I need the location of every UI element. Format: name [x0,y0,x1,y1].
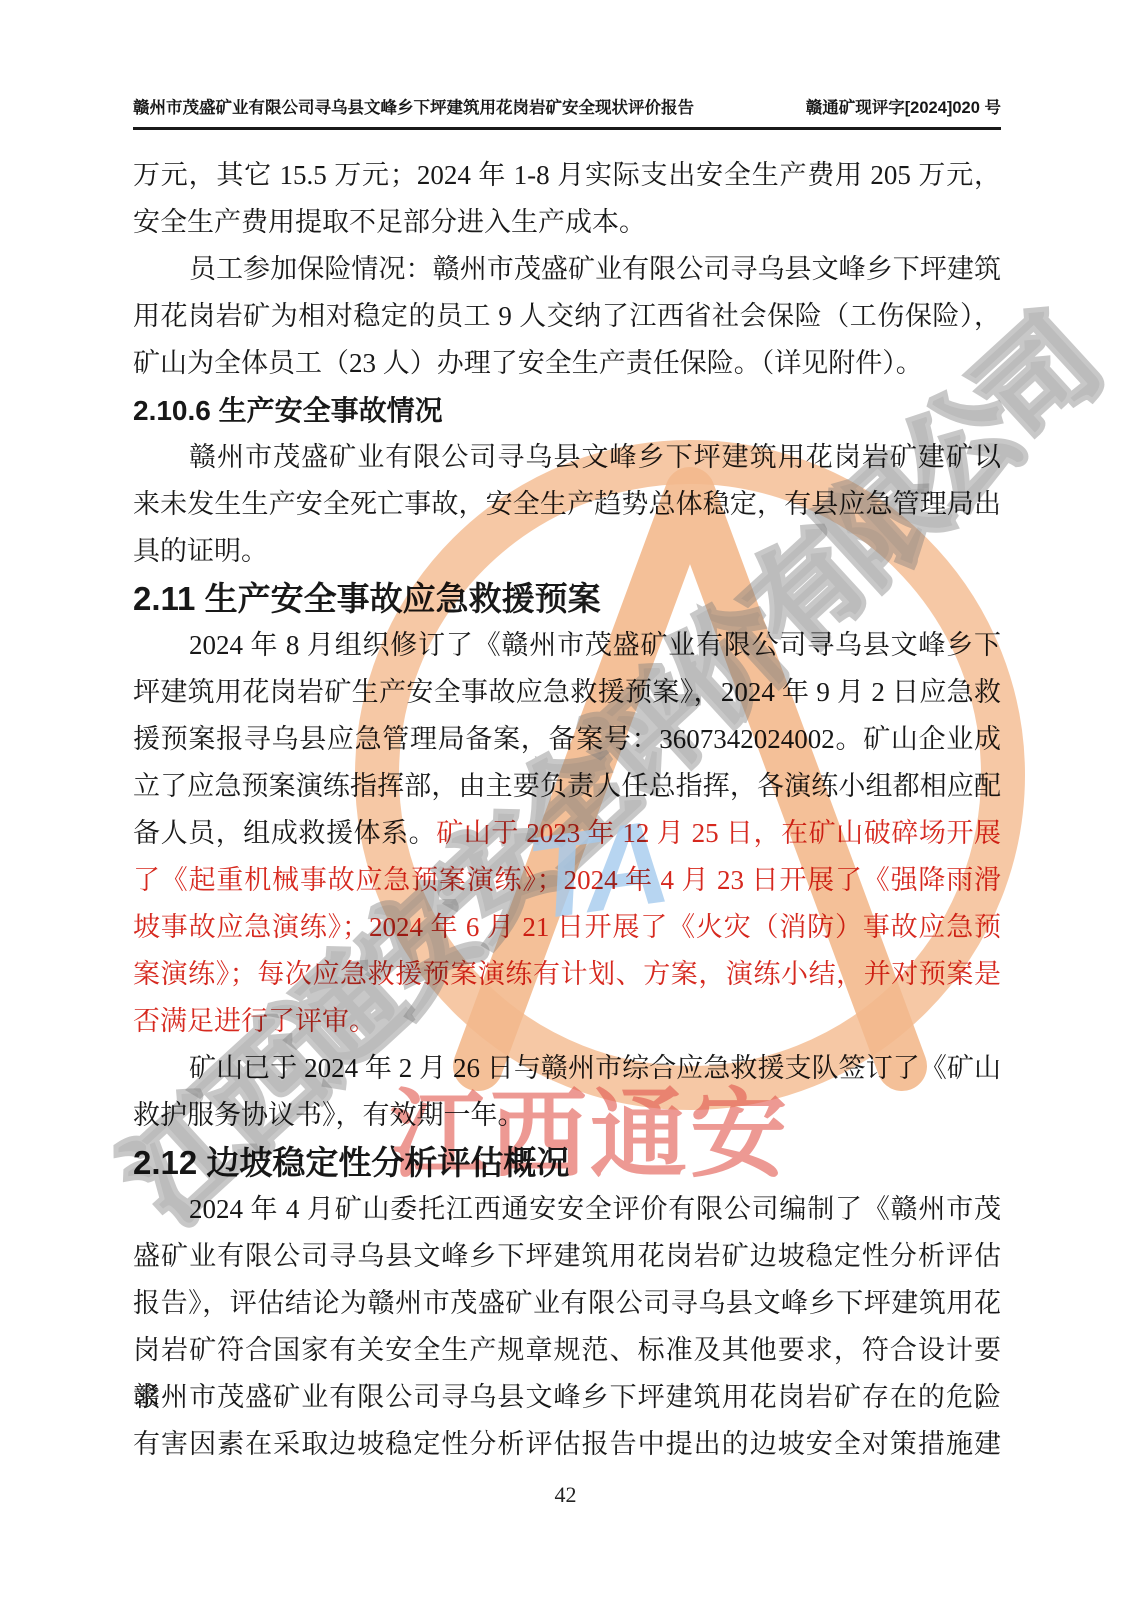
text-run: 救护服务协议书》，有效期一年。 [133,1100,525,1130]
header-report-title: 赣州市茂盛矿业有限公司寻乌县文峰乡下坪建筑用花岗岩矿安全现状评价报告 [133,94,694,118]
text-run: 报告》，评估结论为赣州市茂盛矿业有限公司寻乌县文峰乡下坪建筑用花 [133,1288,1001,1318]
page-number: 42 [0,1482,1131,1508]
text-run: 2.11 生产安全事故应急救援预案 [133,580,601,617]
red-text-run: 矿山于 2023 年 12 月 25 日，在矿山破碎场开展 [436,818,1001,848]
report-page: 赣州市茂盛矿业有限公司寻乌县文峰乡下坪建筑用花岗岩矿安全现状评价报告 赣通矿现评… [0,0,1131,1600]
red-text-run: 坡事故应急演练》；2024 年 6 月 21 日开展了《火灾（消防）事故应急预 [133,912,1001,942]
text-run: 坪建筑用花岗岩矿生产安全事故应急救援预案》，2024 年 9 月 2 日应急救 [133,677,1001,707]
header-rule [133,127,1001,130]
page-header: 赣州市茂盛矿业有限公司寻乌县文峰乡下坪建筑用花岗岩矿安全现状评价报告 赣通矿现评… [133,94,1001,118]
text-line: 立了应急预案演练指挥部，由主要负责人任总指挥，各演练小组都相应配 [133,763,1001,810]
text-run: 员工参加保险情况：赣州市茂盛矿业有限公司寻乌县文峰乡下坪建筑 [189,254,1001,284]
text-line: 赣州市茂盛矿业有限公司寻乌县文峰乡下坪建筑用花岗岩矿存在的危险 [133,1374,1001,1421]
section-heading: 2.10.6 生产安全事故情况 [133,387,1001,434]
text-run: 援预案报寻乌县应急管理局备案，备案号：3607342024002。矿山企业成 [133,724,1001,754]
text-line: 坡事故应急演练》；2024 年 6 月 21 日开展了《火灾（消防）事故应急预 [133,904,1001,951]
text-run: 2.10.6 生产安全事故情况 [133,395,443,426]
text-run: 备人员，组成救援体系。 [133,818,436,848]
text-line: 来未发生生产安全死亡事故，安全生产趋势总体稳定，有县应急管理局出 [133,481,1001,528]
text-run: 2.12 边坡稳定性分析评估概况 [133,1144,569,1181]
section-heading: 2.12 边坡稳定性分析评估概况 [133,1139,1001,1186]
red-text-run: 案演练》；每次应急救援预案演练有计划、方案，演练小结，并对预案是 [133,959,1001,989]
text-line: 救护服务协议书》，有效期一年。 [133,1092,1001,1139]
red-text-run: 了《起重机械事故应急预案演练》；2024 年 4 月 23 日开展了《强降雨滑 [133,865,1001,895]
text-line: 万元，其它 15.5 万元；2024 年 1-8 月实际支出安全生产费用 205… [133,152,1001,199]
text-run: 来未发生生产安全死亡事故，安全生产趋势总体稳定，有县应急管理局出 [133,489,1001,519]
text-run: 具的证明。 [133,536,268,566]
text-run: 万元，其它 15.5 万元；2024 年 1-8 月实际支出安全生产费用 205… [133,160,1001,190]
text-run: 安全生产费用提取不足部分进入生产成本。 [133,207,646,237]
text-line: 矿山已于 2024 年 2 月 26 日与赣州市综合应急救援支队签订了《矿山 [133,1045,1001,1092]
text-run: 有害因素在采取边坡稳定性分析评估报告中提出的边坡安全对策措施建 [133,1429,1001,1459]
text-line: 赣州市茂盛矿业有限公司寻乌县文峰乡下坪建筑用花岗岩矿建矿以 [133,434,1001,481]
text-line: 了《起重机械事故应急预案演练》；2024 年 4 月 23 日开展了《强降雨滑 [133,857,1001,904]
text-run: 矿山已于 2024 年 2 月 26 日与赣州市综合应急救援支队签订了《矿山 [189,1053,1001,1083]
red-text-run: 否满足进行了评审。 [133,1006,376,1036]
text-run: 矿山为全体员工（23 人）办理了安全生产责任保险。（详见附件）。 [133,348,923,378]
text-line: 案演练》；每次应急救援预案演练有计划、方案，演练小结，并对预案是 [133,951,1001,998]
text-line: 盛矿业有限公司寻乌县文峰乡下坪建筑用花岗岩矿边坡稳定性分析评估 [133,1233,1001,1280]
text-line: 用花岗岩矿为相对稳定的员工 9 人交纳了江西省社会保险（工伤保险）， [133,293,1001,340]
text-line: 岗岩矿符合国家有关安全生产规章规范、标准及其他要求，符合设计要求； [133,1327,1001,1374]
text-run: 用花岗岩矿为相对稳定的员工 9 人交纳了江西省社会保险（工伤保险）， [133,301,1001,331]
text-run: 赣州市茂盛矿业有限公司寻乌县文峰乡下坪建筑用花岗岩矿存在的危险 [133,1382,1001,1412]
text-run: 盛矿业有限公司寻乌县文峰乡下坪建筑用花岗岩矿边坡稳定性分析评估 [133,1241,1001,1271]
text-line: 报告》，评估结论为赣州市茂盛矿业有限公司寻乌县文峰乡下坪建筑用花 [133,1280,1001,1327]
header-doc-number: 赣通矿现评字[2024]020 号 [806,94,1001,118]
text-line: 矿山为全体员工（23 人）办理了安全生产责任保险。（详见附件）。 [133,340,1001,387]
text-line: 具的证明。 [133,528,1001,575]
text-run: 赣州市茂盛矿业有限公司寻乌县文峰乡下坪建筑用花岗岩矿建矿以 [189,442,1001,472]
text-line: 援预案报寻乌县应急管理局备案，备案号：3607342024002。矿山企业成 [133,716,1001,763]
section-heading: 2.11 生产安全事故应急救援预案 [133,575,1001,622]
text-line: 员工参加保险情况：赣州市茂盛矿业有限公司寻乌县文峰乡下坪建筑 [133,246,1001,293]
text-line: 坪建筑用花岗岩矿生产安全事故应急救援预案》，2024 年 9 月 2 日应急救 [133,669,1001,716]
text-line: 有害因素在采取边坡稳定性分析评估报告中提出的边坡安全对策措施建 [133,1421,1001,1468]
text-line: 2024 年 4 月矿山委托江西通安安全评价有限公司编制了《赣州市茂 [133,1186,1001,1233]
text-line: 安全生产费用提取不足部分进入生产成本。 [133,199,1001,246]
text-line: 否满足进行了评审。 [133,998,1001,1045]
text-run: 2024 年 4 月矿山委托江西通安安全评价有限公司编制了《赣州市茂 [189,1194,1001,1224]
text-line: 备人员，组成救援体系。矿山于 2023 年 12 月 25 日，在矿山破碎场开展 [133,810,1001,857]
text-line: 2024 年 8 月组织修订了《赣州市茂盛矿业有限公司寻乌县文峰乡下 [133,622,1001,669]
text-run: 立了应急预案演练指挥部，由主要负责人任总指挥，各演练小组都相应配 [133,771,1001,801]
text-run: 2024 年 8 月组织修订了《赣州市茂盛矿业有限公司寻乌县文峰乡下 [189,630,1001,660]
